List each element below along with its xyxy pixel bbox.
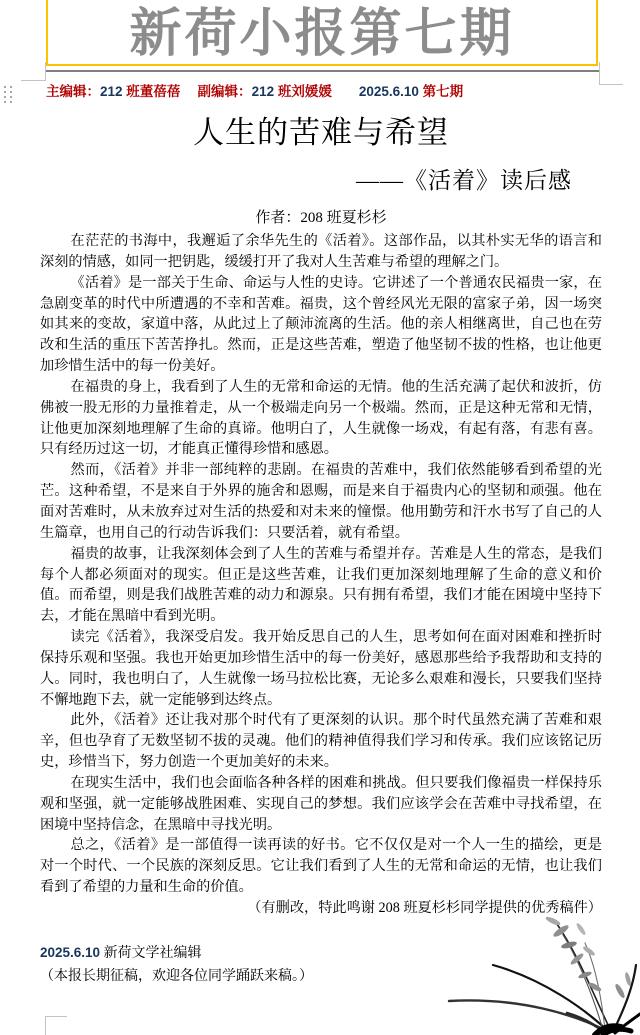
masthead-gap xyxy=(332,84,359,99)
margin-mark-top-right xyxy=(599,84,623,85)
paragraph: 在福贵的身上，我看到了人生的无常和命运的无情。他的生活充满了起伏和波折，仿佛被一… xyxy=(40,377,602,460)
orchid-ink-painting-icon xyxy=(435,895,640,1035)
paragraph: 读完《活着》，我深受启发。我开始反思自己的人生，思考如何在面对困难和挫折时保持乐… xyxy=(40,627,602,710)
article-content: 人生的苦难与希望 ——《活着》读后感 作者：208 班夏杉杉 在茫茫的书海中，我… xyxy=(40,108,602,919)
margin-mark-top-left xyxy=(21,80,46,81)
margin-mark-top-left-v xyxy=(45,62,46,81)
paragraph: 总之，《活着》是一部值得一读再读的好书。它不仅仅是对一个人一生的描绘，更是对一个… xyxy=(40,835,602,898)
chief-editor-label: 主编辑： xyxy=(46,84,100,99)
issue-date: 2025.6.10 xyxy=(359,84,419,99)
article-author: 作者：208 班夏杉杉 xyxy=(40,208,602,228)
masthead-banner-box: 新荷小报第七期 xyxy=(46,0,598,66)
paragraph: 在现实生活中，我们也会面临各种各样的困难和挑战。但只要我们像福贵一样保持乐观和坚… xyxy=(40,773,602,836)
article-subtitle: ——《活着》读后感 xyxy=(40,164,602,198)
article-title: 人生的苦难与希望 xyxy=(40,110,602,156)
article-body: 在茫茫的书海中，我邂逅了余华先生的《活着》。这部作品，以其朴实无华的语言和深刻的… xyxy=(40,231,602,898)
drag-handle-icon[interactable] xyxy=(4,86,16,106)
deputy-editor-name: 班刘媛媛 xyxy=(274,84,332,99)
issue-number: 第七期 xyxy=(419,84,463,99)
document-page: 新荷小报第七期 主编辑：212 班董蓓蓓 副编辑：212 班刘媛媛 2025.6… xyxy=(0,0,640,1035)
margin-mark-bottom-left xyxy=(45,1016,67,1017)
paragraph: 然而，《活着》并非一部纯粹的悲剧。在福贵的苦难中，我们依然能够看到希望的光芒。这… xyxy=(40,460,602,543)
margin-mark-bottom-left-v xyxy=(45,1016,46,1035)
paragraph: 福贵的故事，让我深刻体会到了人生的苦难与希望并存。苦难是人生的常态，是我们每个人… xyxy=(40,544,602,627)
chief-editor-class-number: 212 xyxy=(100,84,123,99)
chief-editor-name: 班董蓓蓓 xyxy=(123,84,181,99)
paragraph: 在茫茫的书海中，我邂逅了余华先生的《活着》。这部作品，以其朴实无华的语言和深刻的… xyxy=(40,231,602,273)
paragraph: 此外，《活着》还让我对那个时代有了更深刻的认识。那个时代虽然充满了苦难和艰辛，但… xyxy=(40,710,602,773)
editors-line: 主编辑：212 班董蓓蓓 副编辑：212 班刘媛媛 2025.6.10 第七期 xyxy=(46,80,600,100)
deputy-editor-label: 副编辑： xyxy=(180,84,251,99)
newsletter-title: 新荷小报第七期 xyxy=(129,0,514,66)
footer-date: 2025.6.10 xyxy=(40,945,100,960)
deputy-editor-class-number: 212 xyxy=(252,84,275,99)
horizontal-rule xyxy=(46,70,599,72)
footer-society: 新荷文学社编辑 xyxy=(100,946,202,961)
paragraph: 《活着》是一部关于生命、命运与人性的史诗。它讲述了一个普通农民福贵一家，在急剧变… xyxy=(40,273,602,377)
